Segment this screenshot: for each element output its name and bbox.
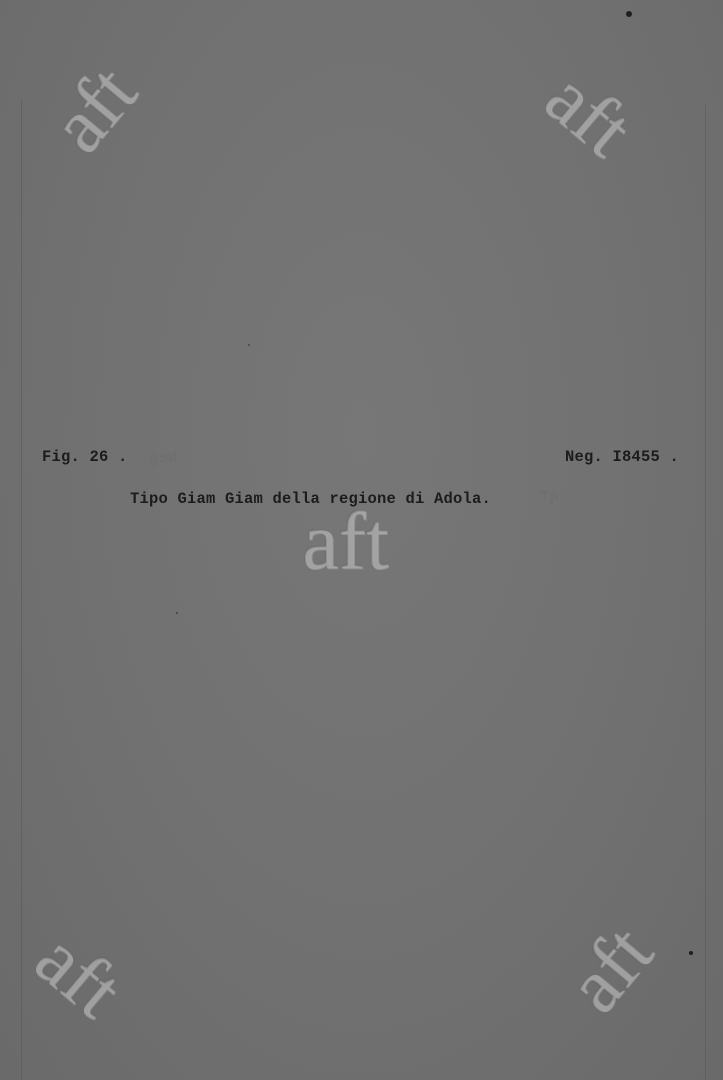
show-through-text: qT bbox=[540, 488, 559, 506]
watermark-top-right: aft bbox=[533, 57, 646, 170]
figure-number: Fig. 26 . bbox=[42, 448, 128, 466]
negative-number: Neg. I8455 . bbox=[565, 448, 679, 466]
left-card-edge bbox=[21, 100, 22, 1080]
watermark-center: aft bbox=[302, 500, 388, 582]
dust-speck bbox=[689, 951, 693, 955]
right-card-edge bbox=[705, 105, 706, 1080]
dust-speck bbox=[248, 344, 250, 346]
dust-speck bbox=[626, 11, 632, 17]
watermark-top-left: aft bbox=[37, 52, 150, 165]
scanned-card: aft aft aft aft Neg. qT Fig. 26 . Neg. I… bbox=[0, 0, 723, 1080]
watermark-bottom-right: aft bbox=[553, 912, 666, 1025]
watermark-bottom-left: aft bbox=[23, 918, 136, 1031]
show-through-text: Neg. bbox=[140, 449, 177, 467]
dust-speck bbox=[176, 612, 178, 614]
